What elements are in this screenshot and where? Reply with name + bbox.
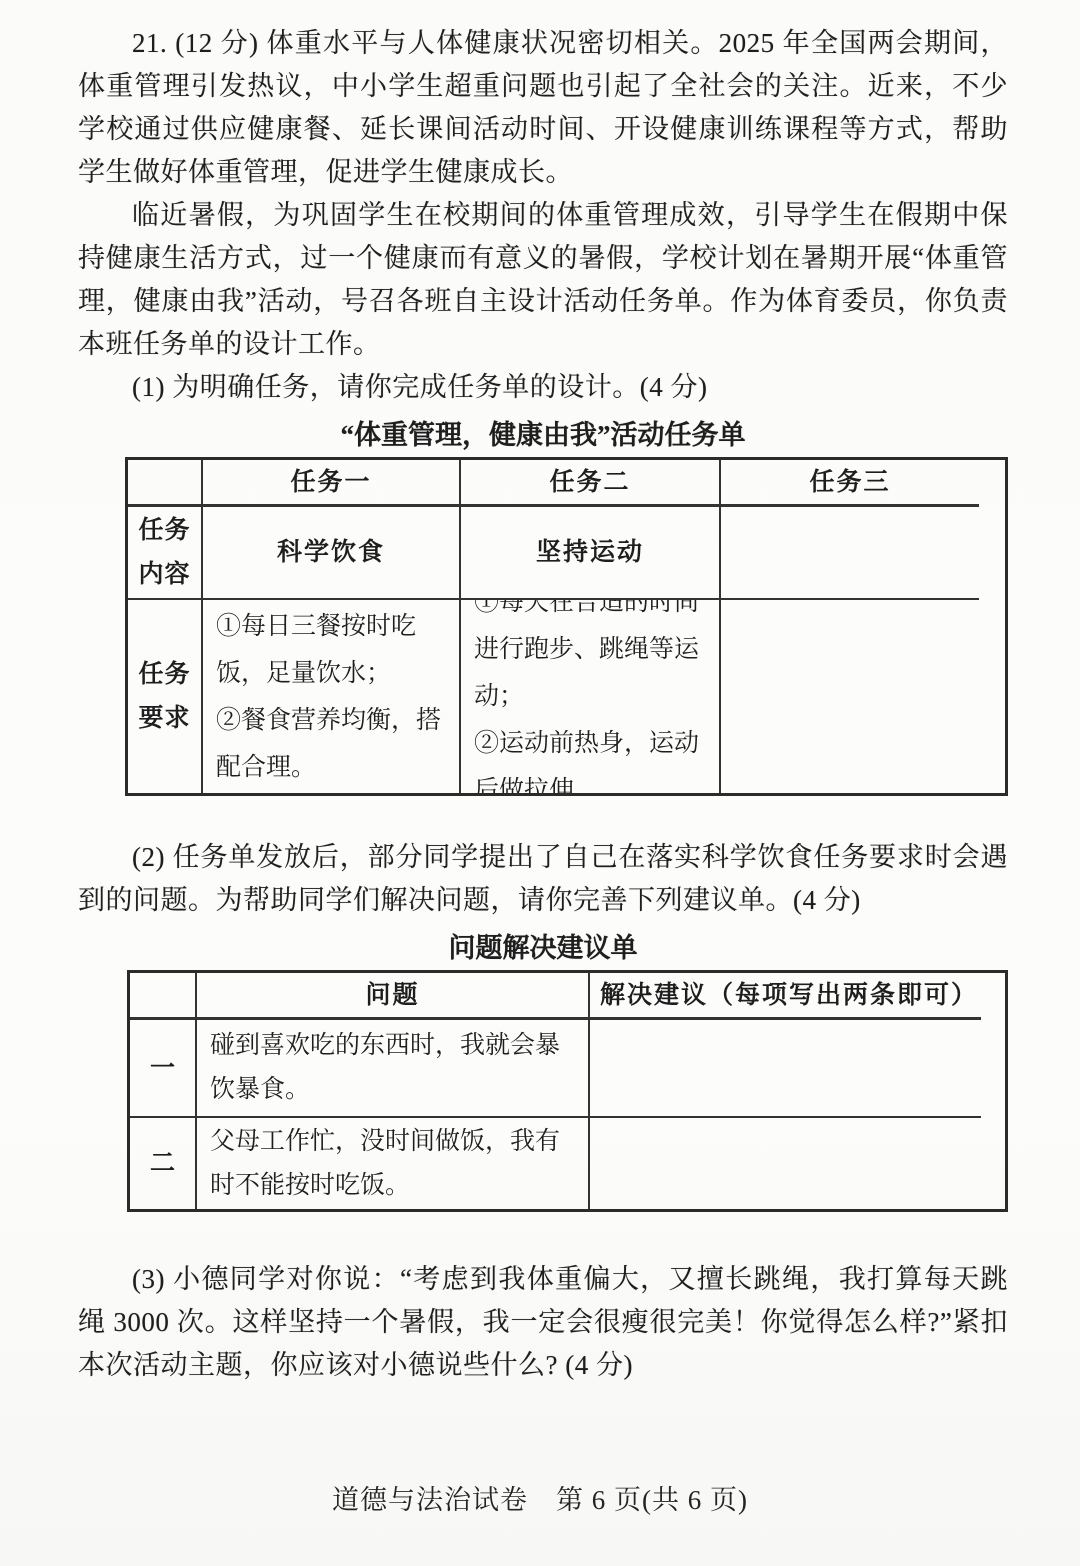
suggestion-list-title: 问题解决建议单 [78,927,1008,970]
suggestion-table-header-suggestion: 解决建议（每项写出两条即可） [590,973,981,1020]
task-requirement-row-label: 任务 要求 [128,600,203,793]
task-content-row-label: 任务 内容 [128,507,203,600]
problem-suggestion-table: 问题 解决建议（每项写出两条即可） 一 碰到喜欢吃的东西时，我就会暴饮暴食。 二… [127,970,1008,1212]
task-table-header-task2: 任务二 [461,460,721,507]
problem-row1-answer-cell [590,1020,981,1118]
suggestion-table-corner-cell [130,973,197,1020]
task-list-title: “体重管理，健康由我”活动任务单 [78,414,1008,457]
footer-text: 道德与法治试卷 第 6 页(共 6 页) [332,1485,748,1515]
problem-row1-text: 碰到喜欢吃的东西时，我就会暴饮暴食。 [197,1020,590,1118]
question-block: 21. (12 分) 体重水平与人体健康状况密切相关。2025 年全国两会期间，… [0,0,1080,1387]
activity-task-table: 任务一 任务二 任务三 任务 内容 科学饮食 坚持运动 任务 要求 ①每日三餐按… [125,457,1008,796]
question-intro-paragraph: 21. (12 分) 体重水平与人体健康状况密切相关。2025 年全国两会期间，… [78,22,1008,194]
problem-row2-number: 二 [130,1118,197,1209]
task-table-header-task3: 任务三 [721,460,979,507]
part3-prompt: (3) 小德同学对你说：“考虑到我体重偏大，又擅长跳绳，我打算每天跳绳 3000… [78,1258,1008,1387]
problem-row2-answer-cell [590,1118,981,1209]
question-context-paragraph: 临近暑假，为巩固学生在校期间的体重管理成效，引导学生在假期中保持健康生活方式，过… [78,194,1008,366]
task-requirement-cell-empty [721,600,979,793]
task-table-header-task1: 任务一 [203,460,461,507]
task-requirement-cell-exercise: ①每天在合适的时间进行跑步、跳绳等运动； ②运动前热身，运动后做拉伸。 [461,600,721,793]
part1-prompt: (1) 为明确任务，请你完成任务单的设计。(4 分) [78,366,1008,409]
suggestion-table-header-problem: 问题 [197,973,590,1020]
task-content-cell-exercise: 坚持运动 [461,507,721,600]
task-requirement-cell-diet: ①每日三餐按时吃饭，足量饮水； ②餐食营养均衡，搭配合理。 [203,600,461,793]
problem-row2-text: 父母工作忙，没时间做饭，我有时不能按时吃饭。 [197,1118,590,1209]
page-footer: 道德与法治试卷 第 6 页(共 6 页) [0,1478,1080,1517]
task-table-corner-cell [128,460,203,507]
task-content-cell-empty [721,507,979,600]
exam-page: 21. (12 分) 体重水平与人体健康状况密切相关。2025 年全国两会期间，… [0,0,1080,1566]
problem-row1-number: 一 [130,1020,197,1118]
part2-prompt: (2) 任务单发放后，部分同学提出了自己在落实科学饮食任务要求时会遇到的问题。为… [78,836,1008,922]
task-content-cell-diet: 科学饮食 [203,507,461,600]
